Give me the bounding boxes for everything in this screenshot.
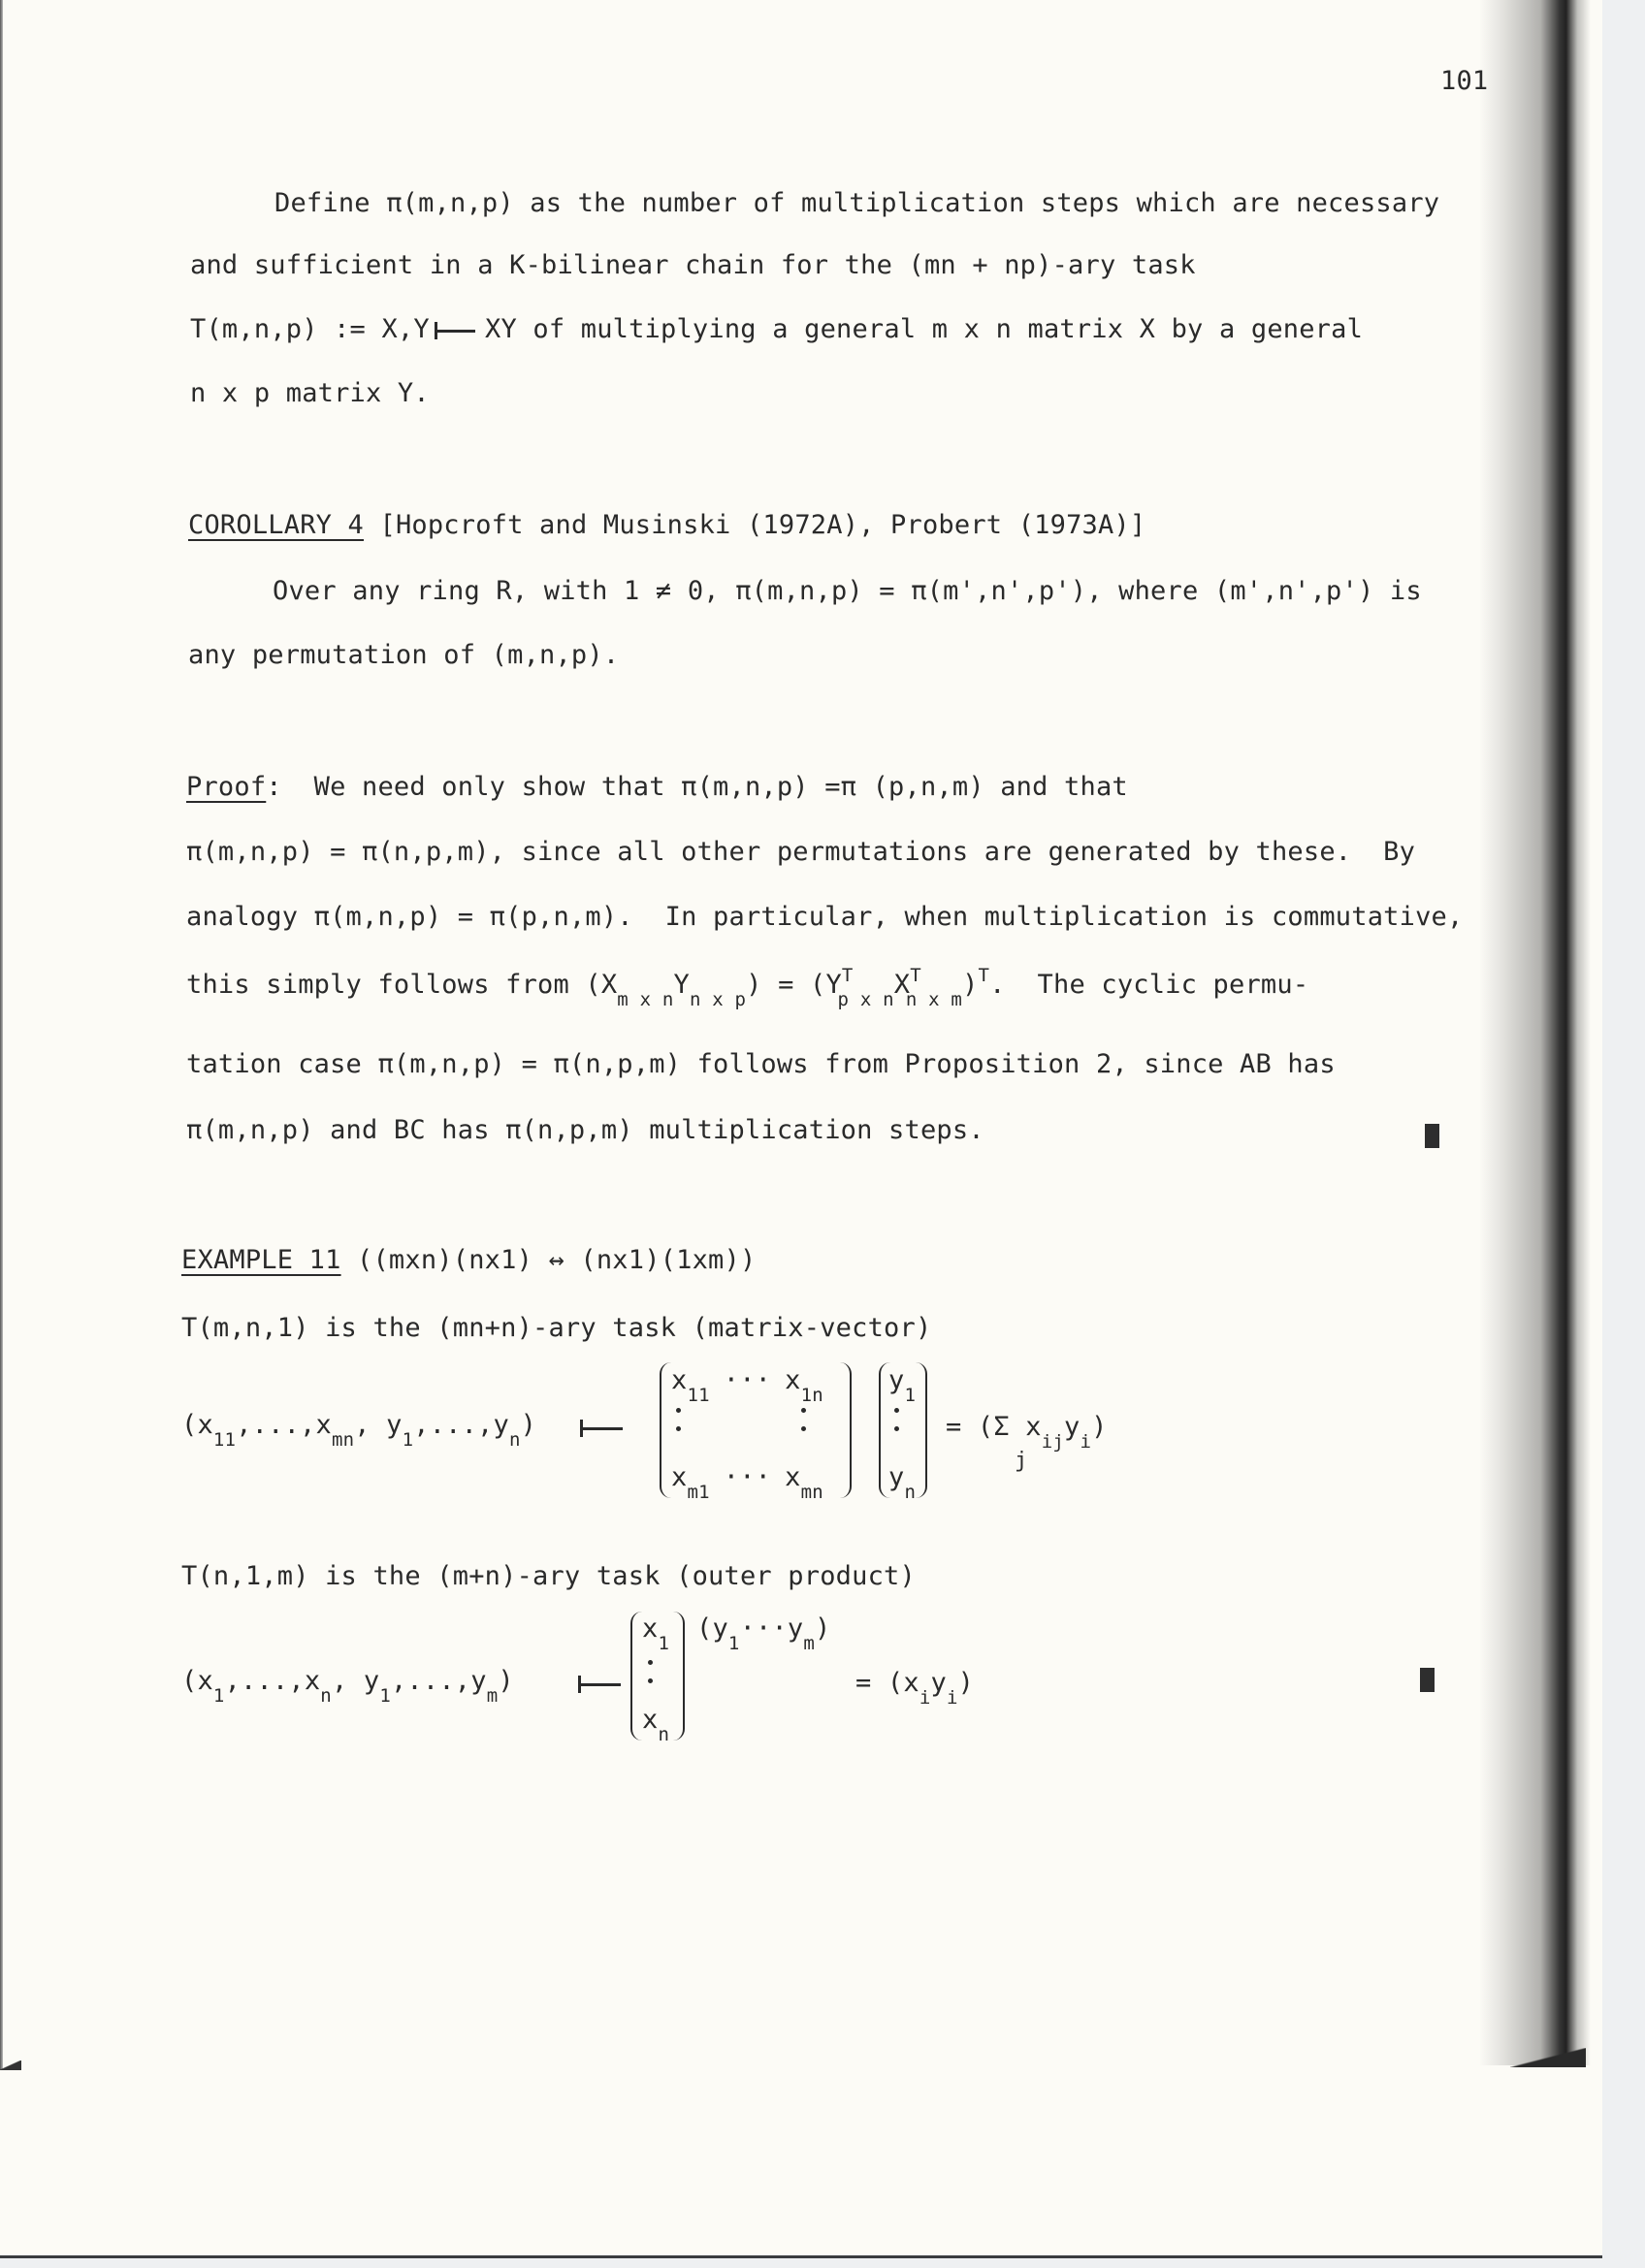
definition-line-2: and sufficient in a K-bilinear chain for… <box>190 252 1196 278</box>
corollary-citation: [Hopcroft and Musinski (1972A), Probert … <box>379 510 1145 540</box>
definition-task-left: T(m,n,p) := X,Y <box>190 316 430 342</box>
column-top: x1 <box>642 1615 669 1644</box>
column-bottom: xn <box>642 1707 669 1735</box>
page-number: 101 <box>1440 68 1488 94</box>
proof-line-3: analogy π(m,n,p) = π(p,n,m). In particul… <box>186 904 1463 930</box>
proof-line-2: π(m,n,p) = π(n,p,m), since all other per… <box>186 839 1415 865</box>
example-heading-rest: ((mxn)(nx1) ↔ (nx1)(1xm)) <box>341 1245 757 1275</box>
matrix-vector-result: = (Σ xijyi) <box>946 1414 1108 1442</box>
proof-line-5: tation case π(m,n,p) = π(n,p,m) follows … <box>186 1051 1336 1077</box>
definition-line-4: n x p matrix Y. <box>190 380 430 406</box>
column-left-paren <box>630 1612 642 1741</box>
outer-product-intro: T(n,1,m) is the (m+n)-ary task (outer pr… <box>181 1563 916 1589</box>
definition-line-1: Define π(m,n,p) as the number of multipl… <box>274 190 1439 216</box>
sum-index: j <box>1015 1451 1027 1472</box>
proof-line-6: π(m,n,p) and BC has π(n,p,m) multiplicat… <box>186 1117 984 1143</box>
column-vdots <box>648 1660 653 1697</box>
matrix-right-paren <box>840 1362 852 1498</box>
mapsto-arrow <box>435 330 475 333</box>
matrix-vector-tuple: (x11,...,xmn, y1,...,yn) <box>181 1412 536 1440</box>
mapsto-arrow <box>578 1683 621 1686</box>
vector-vdots <box>894 1408 899 1445</box>
matrix-top-row: x11···x1n <box>671 1367 823 1395</box>
example-heading: EXAMPLE 11 ((mxn)(nx1) ↔ (nx1)(1xm)) <box>181 1247 756 1273</box>
page-left-edge-flare <box>0 2060 21 2070</box>
vector-top: y1 <box>888 1367 916 1395</box>
example-label: EXAMPLE 11 <box>181 1245 341 1275</box>
proof-label: Proof <box>186 772 266 802</box>
mapsto-arrow <box>580 1427 623 1430</box>
outer-product-tuple: (x1,...,xn, y1,...,ym) <box>181 1668 514 1696</box>
matrix-vector-intro: T(m,n,1) is the (mn+n)-ary task (matrix-… <box>181 1315 931 1341</box>
matrix-bottom-row: xm1···xmn <box>671 1464 823 1492</box>
page-left-edge-shadow <box>0 0 3 2070</box>
qed-square-icon <box>1425 1124 1439 1148</box>
column-right-paren <box>673 1612 685 1741</box>
corollary-line-2: any permutation of (m,n,p). <box>188 642 619 668</box>
corollary-heading: COROLLARY 4 [Hopcroft and Musinski (1972… <box>188 512 1145 538</box>
matrix-right-vdots <box>801 1408 806 1445</box>
vector-bottom: yn <box>888 1464 916 1492</box>
row-vector: (y1···ym) <box>696 1615 831 1644</box>
qed-square-icon <box>1420 1668 1435 1692</box>
matrix-left-vdots <box>676 1408 681 1445</box>
vector-right-paren <box>916 1362 927 1498</box>
corollary-label: COROLLARY 4 <box>188 510 364 540</box>
binding-shadow <box>1479 0 1591 2065</box>
proof-line-1: Proof: We need only show that π(m,n,p) =… <box>186 774 1128 800</box>
matrix-left-paren <box>660 1362 671 1498</box>
definition-task-right: XY of multiplying a general m x n matrix… <box>485 316 1363 342</box>
corollary-line-1: Over any ring R, with 1 ≠ 0, π(m,n,p) = … <box>273 578 1422 604</box>
outer-product-result: = (xiyi) <box>855 1670 974 1698</box>
scanned-page: 101 Define π(m,n,p) as the number of mul… <box>0 0 1602 2258</box>
binding-shadow-flare <box>1510 2048 1586 2067</box>
proof-transpose-line: this simply follows from (Xm x nYn x p) … <box>186 972 1308 1000</box>
